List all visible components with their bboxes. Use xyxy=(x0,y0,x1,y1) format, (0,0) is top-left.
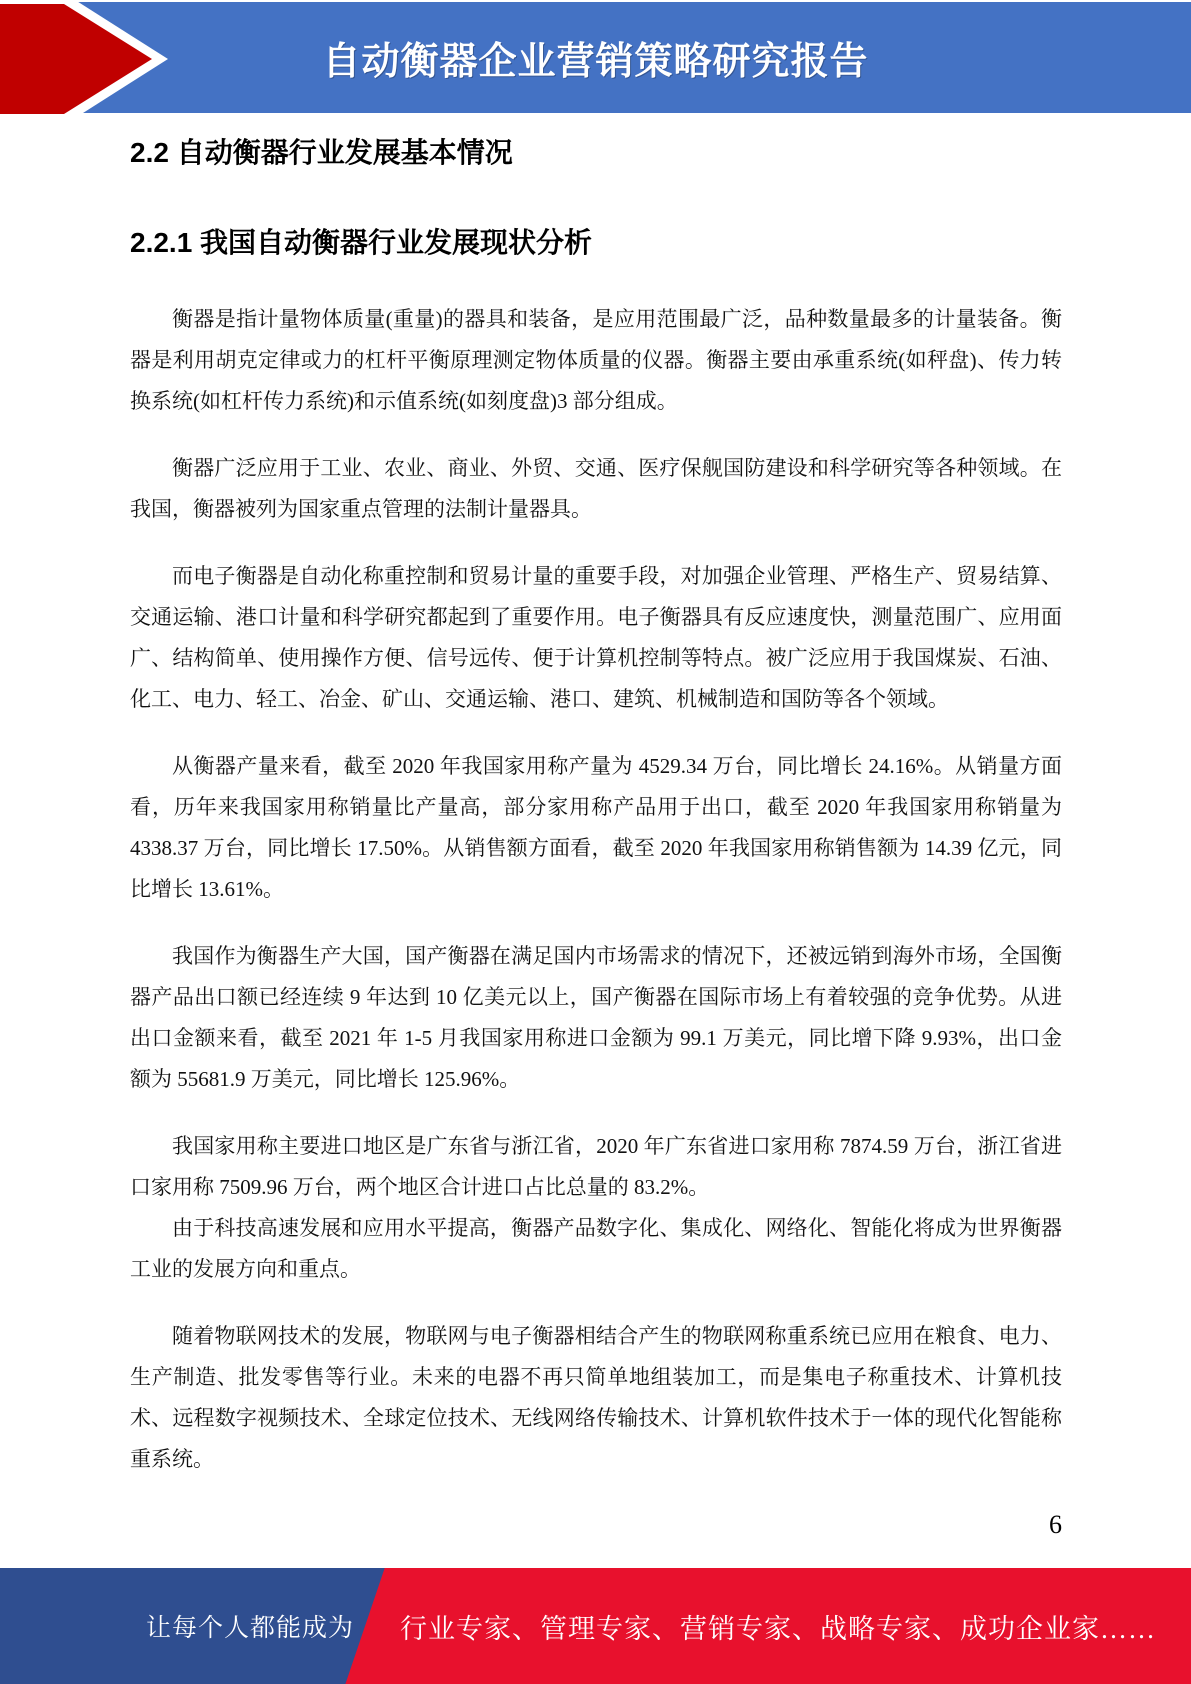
paragraph: 衡器是指计量物体质量(重量)的器具和装备，是应用范围最广泛，品种数量最多的计量装… xyxy=(130,299,1062,422)
report-page: 自动衡器企业营销策略研究报告 2.2 自动衡器行业发展基本情况 2.2.1 我国… xyxy=(0,0,1191,1684)
paragraph: 随着物联网技术的发展，物联网与电子衡器相结合产生的物联网称重系统已应用在粮食、电… xyxy=(130,1316,1062,1480)
paragraph: 我国家用称主要进口地区是广东省与浙江省，2020 年广东省进口家用称 7874.… xyxy=(130,1126,1062,1208)
header-banner: 自动衡器企业营销策略研究报告 xyxy=(0,2,1191,113)
paragraph: 衡器广泛应用于工业、农业、商业、外贸、交通、医疗保舰国防建设和科学研究等各种领域… xyxy=(130,448,1062,530)
section-heading: 2.2 自动衡器行业发展基本情况 xyxy=(130,137,1062,169)
paragraph: 从衡器产量来看，截至 2020 年我国家用称产量为 4529.34 万台，同比增… xyxy=(130,746,1062,910)
page-number: 6 xyxy=(1049,1510,1062,1540)
paragraph: 而电子衡器是自动化称重控制和贸易计量的重要手段，对加强企业管理、严格生产、贸易结… xyxy=(130,556,1062,720)
report-title: 自动衡器企业营销策略研究报告 xyxy=(0,2,1191,113)
footer-slogan-left: 让每个人都能成为 xyxy=(146,1568,354,1684)
page-content: 2.2 自动衡器行业发展基本情况 2.2.1 我国自动衡器行业发展现状分析 衡器… xyxy=(130,113,1062,1480)
footer-bar: 让每个人都能成为 行业专家、管理专家、营销专家、战略专家、成功企业家…… xyxy=(0,1568,1191,1684)
paragraph: 由于科技高速发展和应用水平提高，衡器产品数字化、集成化、网络化、智能化将成为世界… xyxy=(130,1208,1062,1290)
subsection-heading: 2.2.1 我国自动衡器行业发展现状分析 xyxy=(130,227,1062,259)
paragraph: 我国作为衡器生产大国，国产衡器在满足国内市场需求的情况下，还被远销到海外市场，全… xyxy=(130,936,1062,1100)
footer-slogan-right: 行业专家、管理专家、营销专家、战略专家、成功企业家…… xyxy=(400,1568,1156,1684)
